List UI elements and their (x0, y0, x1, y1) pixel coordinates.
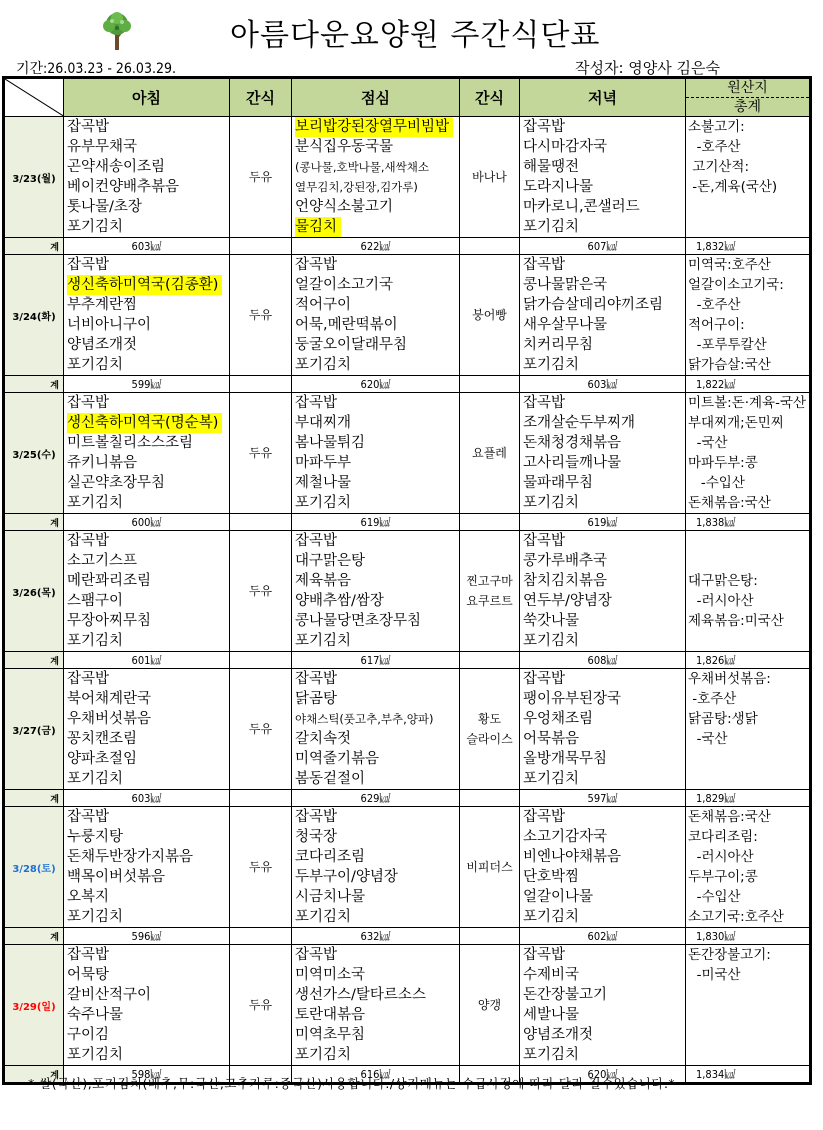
origin-line: 코다리조림: (688, 827, 809, 847)
kcal-breakfast: 603㎉ (64, 238, 230, 255)
dish-item: 포기김치 (523, 1047, 579, 1063)
origin-line (688, 769, 809, 789)
kcal-row: 계603㎉629㎉597㎉1,829㎉ (4, 790, 811, 807)
snack1-cell: 두유 (230, 807, 292, 928)
dish-item: 고사리들깨나물 (523, 455, 621, 471)
dish-item: 생신축하미역국(명순복) (67, 413, 222, 433)
snack2-cell: 요플레 (460, 393, 520, 514)
lunch-cell: 잡곡밥얼갈이소고기국적어구이어묵,메란떡볶이둥굴오이달래무침포기김치 (292, 255, 460, 376)
day-label: 3/23(월) (4, 117, 64, 238)
page-title: 아름다운요양원 주간식단표 (230, 10, 600, 54)
origin-line (688, 197, 809, 217)
origin-cell: 우채버섯볶음: -호주산닭곰탕:생닭 -국산 (686, 669, 811, 790)
origin-line: -포루투칼산 (688, 335, 809, 355)
kcal-total: 1,829㎉ (686, 790, 811, 807)
dish-item: 두부구이/양념장 (295, 869, 398, 885)
dish-item: 잡곡밥 (523, 257, 565, 273)
dish-item: 포기김치 (523, 219, 579, 235)
snack2-cell: 바나나 (460, 117, 520, 238)
kcal-row: 계601㎉617㎉608㎉1,826㎉ (4, 652, 811, 669)
total-label: 계 (4, 238, 64, 255)
dish-item: 우채버섯볶음 (67, 711, 151, 727)
kcal-lunch: 620㎉ (292, 376, 460, 393)
snack-item: 두유 (230, 581, 291, 601)
dish-item: 비엔나야채볶음 (523, 849, 621, 865)
day-label: 3/25(수) (4, 393, 64, 514)
dish-item: 마파두부 (295, 455, 351, 471)
dish-item: 봄동겉절이 (295, 771, 365, 787)
snack2-cell: 황도슬라이스 (460, 669, 520, 790)
column-header-origin: 원산지 (686, 79, 809, 98)
dish-item: 잡곡밥 (67, 947, 109, 963)
dish-item: 부추계란찜 (67, 297, 137, 313)
snack2-cell: 양갱 (460, 945, 520, 1066)
origin-line: 소고기국:호주산 (688, 907, 809, 927)
dish-item: 제육볶음 (295, 573, 351, 589)
dish-item: 톳나물/초장 (67, 199, 142, 215)
kcal-total: 1,838㎉ (686, 514, 811, 531)
day-label: 3/29(일) (4, 945, 64, 1066)
dinner-cell: 잡곡밥조개살순두부찌개돈채청경채볶음고사리들깨나물물파래무침포기김치 (520, 393, 686, 514)
dish-item: 포기김치 (295, 1047, 351, 1063)
snack-item: 바나나 (460, 167, 519, 187)
kcal-snack2 (460, 652, 520, 669)
snack2-cell: 붕어빵 (460, 255, 520, 376)
snack1-cell: 두유 (230, 255, 292, 376)
snack1-cell: 두유 (230, 945, 292, 1066)
dish-item: 다시마감자국 (523, 139, 607, 155)
kcal-snack2 (460, 238, 520, 255)
dish-item: 돈간장불고기 (523, 987, 607, 1003)
dish-item: 잡곡밥 (67, 119, 109, 135)
dish-item: 청국장 (295, 829, 337, 845)
dish-item: 포기김치 (523, 495, 579, 511)
kcal-snack1 (230, 238, 292, 255)
kcal-dinner: 597㎉ (520, 790, 686, 807)
dish-item: 연두부/양념장 (523, 593, 612, 609)
origin-line: -수입산 (688, 887, 809, 907)
total-label: 계 (4, 652, 64, 669)
origin-line: -호주산 (688, 137, 809, 157)
dish-item: (콩나물,호박나물,새싹채소 (295, 160, 429, 174)
kcal-snack2 (460, 790, 520, 807)
dish-item: 생신축하미역국(김종환) (67, 275, 222, 295)
dish-item: 잡곡밥 (523, 809, 565, 825)
day-row: 3/24(화)잡곡밥생신축하미역국(김종환)부추계란찜너비아니구이양념조개젓포기… (4, 255, 811, 376)
dish-item: 새우살무나물 (523, 317, 607, 333)
total-label: 계 (4, 514, 64, 531)
dish-item: 우엉채조림 (523, 711, 593, 727)
kcal-snack1 (230, 790, 292, 807)
tree-icon (100, 12, 134, 52)
dish-item: 쥬키니볶음 (67, 455, 137, 471)
dish-item: 세발나물 (523, 1007, 579, 1023)
day-label: 3/24(화) (4, 255, 64, 376)
dish-item: 포기김치 (523, 633, 579, 649)
origin-cell: 미역국:호주산얼갈이소고기국: -호주산적어구이: -포루투칼산닭가슴살:국산 (686, 255, 811, 376)
dish-item: 소고기스프 (67, 553, 137, 569)
lunch-cell: 잡곡밥대구맑은탕제육볶음양배추쌈/쌈장콩나물당면초장무침포기김치 (292, 531, 460, 652)
dish-item: 야채스틱(풋고추,부추,양파) (295, 712, 433, 726)
dish-item: 잡곡밥 (295, 257, 337, 273)
kcal-breakfast: 600㎉ (64, 514, 230, 531)
origin-line (688, 551, 809, 571)
origin-line: -호주산 (688, 689, 809, 709)
dish-item: 열무김치,강된장,김가루) (295, 180, 418, 194)
dish-item: 포기김치 (67, 909, 123, 925)
snack-item: 황도 (460, 709, 519, 729)
dish-item: 콩나물맑은국 (523, 277, 607, 293)
day-label: 3/28(토) (4, 807, 64, 928)
kcal-row: 계603㎉622㎉607㎉1,832㎉ (4, 238, 811, 255)
lunch-cell: 잡곡밥청국장코다리조림두부구이/양념장시금치나물포기김치 (292, 807, 460, 928)
dish-item: 잡곡밥 (295, 395, 337, 411)
kcal-total: 1,832㎉ (686, 238, 811, 255)
dish-item: 누룽지탕 (67, 829, 123, 845)
day-row: 3/29(일)잡곡밥어묵탕갈비산적구이숙주나물구이김포기김치두유잡곡밥미역미소국… (4, 945, 811, 1066)
dinner-cell: 잡곡밥수제비국돈간장불고기세발나물양념조개젓포기김치 (520, 945, 686, 1066)
snack-item: 두유 (230, 167, 291, 187)
dish-item: 돈채두반장가지볶음 (67, 849, 193, 865)
dish-item: 닭가슴살데리야끼조림 (523, 297, 663, 313)
dish-item: 포기김치 (523, 771, 579, 787)
origin-line (688, 217, 809, 237)
dish-item: 오복지 (67, 889, 109, 905)
dish-item: 포기김치 (295, 357, 351, 373)
period-label: 기간:26.03.23 - 26.03.29. (16, 58, 176, 78)
origin-line: 대구맑은탕: (688, 571, 809, 591)
total-label: 계 (4, 790, 64, 807)
dish-item: 잡곡밥 (67, 533, 109, 549)
dish-item: 콩나물당면초장무침 (295, 613, 421, 629)
origin-line: 부대찌개;돈민찌 (688, 413, 809, 433)
origin-line: -국산 (688, 729, 809, 749)
dish-item: 너비아니구이 (67, 317, 151, 333)
kcal-row: 계599㎉620㎉603㎉1,822㎉ (4, 376, 811, 393)
dish-item: 잡곡밥 (523, 947, 565, 963)
dish-item: 해물땡전 (523, 159, 579, 175)
kcal-lunch: 619㎉ (292, 514, 460, 531)
dish-item: 토란대볶음 (295, 1007, 365, 1023)
kcal-row: 계596㎉632㎉602㎉1,830㎉ (4, 928, 811, 945)
snack2-cell: 비피더스 (460, 807, 520, 928)
origin-line: -러시아산 (688, 847, 809, 867)
dish-item: 단호박찜 (523, 869, 579, 885)
origin-line: 제육볶음:미국산 (688, 611, 809, 631)
snack-item: 두유 (230, 857, 291, 877)
breakfast-cell: 잡곡밥북어채계란국우채버섯볶음꽁치캔조림양파초절임포기김치 (64, 669, 230, 790)
kcal-snack1 (230, 514, 292, 531)
column-header-dinner: 저녁 (520, 78, 686, 117)
origin-line (688, 1025, 809, 1045)
dish-item: 잡곡밥 (67, 257, 109, 273)
dish-item: 부대찌개 (295, 415, 351, 431)
kcal-dinner: 602㎉ (520, 928, 686, 945)
dish-item: 포기김치 (295, 909, 351, 925)
kcal-snack2 (460, 928, 520, 945)
menu-body: 3/23(월)잡곡밥유부무채국곤약새송이조림베이컨양배추볶음톳나물/초장포기김치… (4, 117, 811, 1084)
dish-item: 치커리무침 (523, 337, 593, 353)
origin-line: 마파두부:콩 (688, 453, 809, 473)
dish-item: 포기김치 (67, 633, 123, 649)
origin-line: -러시아산 (688, 591, 809, 611)
day-row: 3/26(목)잡곡밥소고기스프메란꽈리조림스팸구이무장아찌무침포기김치두유잡곡밥… (4, 531, 811, 652)
dish-item: 잡곡밥 (295, 533, 337, 549)
kcal-breakfast: 601㎉ (64, 652, 230, 669)
dish-item: 어묵탕 (67, 967, 109, 983)
dish-item: 소고기감자국 (523, 829, 607, 845)
kcal-dinner: 607㎉ (520, 238, 686, 255)
dish-item: 베이컨양배추볶음 (67, 179, 179, 195)
dish-item: 분식집우동국물 (295, 139, 393, 155)
dish-item: 시금치나물 (295, 889, 365, 905)
column-header-total: 총계 (686, 98, 809, 116)
dish-item: 포기김치 (295, 495, 351, 511)
kcal-row: 계600㎉619㎉619㎉1,838㎉ (4, 514, 811, 531)
origin-line: 미역국:호주산 (688, 255, 809, 275)
origin-line (688, 749, 809, 769)
column-header-breakfast: 아침 (64, 78, 230, 117)
snack-item: 붕어빵 (460, 305, 519, 325)
dish-item: 잡곡밥 (523, 671, 565, 687)
dish-item: 곤약새송이조림 (67, 159, 165, 175)
dish-item: 꽁치캔조림 (67, 731, 137, 747)
column-header-snack1: 간식 (230, 78, 292, 117)
snack-item: 요플레 (460, 443, 519, 463)
origin-line: -국산 (688, 433, 809, 453)
dish-item: 잡곡밥 (295, 809, 337, 825)
dish-item: 유부무채국 (67, 139, 137, 155)
breakfast-cell: 잡곡밥소고기스프메란꽈리조림스팸구이무장아찌무침포기김치 (64, 531, 230, 652)
origin-line: -돈,계육(국산) (688, 177, 809, 197)
kcal-lunch: 622㎉ (292, 238, 460, 255)
dish-item: 도라지나물 (523, 179, 593, 195)
dish-item: 코다리조림 (295, 849, 365, 865)
origin-line: -미국산 (688, 965, 809, 985)
column-header-origin-total: 원산지 총계 (686, 78, 811, 117)
dish-item: 포기김치 (67, 219, 123, 235)
origin-line: 두부구이;콩 (688, 867, 809, 887)
snack1-cell: 두유 (230, 669, 292, 790)
dish-item: 실곤약초장무침 (67, 475, 165, 491)
dish-item: 양념조개젓 (523, 1027, 593, 1043)
kcal-breakfast: 603㎉ (64, 790, 230, 807)
dish-item: 수제비국 (523, 967, 579, 983)
dish-item: 닭곰탕 (295, 691, 337, 707)
title-area: 아름다운요양원 주간식단표 (0, 6, 823, 52)
dinner-cell: 잡곡밥소고기감자국비엔나야채볶음단호박찜얼갈이나물포기김치 (520, 807, 686, 928)
kcal-snack2 (460, 376, 520, 393)
footer-note: * 쌀(국산),포기김치(배추,무:국산,고추가루:중국산)사용합니다./상기메… (28, 1074, 675, 1092)
origin-line: 소불고기: (688, 117, 809, 137)
kcal-total: 1,834㎉ (686, 1066, 811, 1084)
dish-item: 언양식소불고기 (295, 199, 393, 215)
dish-item: 미역줄기볶음 (295, 751, 379, 767)
dish-item: 스팸구이 (67, 593, 123, 609)
dish-item: 조개살순두부찌개 (523, 415, 635, 431)
dish-item: 팽이유부된장국 (523, 691, 621, 707)
snack-item: 찐고구마 (460, 571, 519, 591)
dish-item: 콩가루배추국 (523, 553, 607, 569)
kcal-lunch: 632㎉ (292, 928, 460, 945)
dish-item: 포기김치 (67, 771, 123, 787)
dish-item: 어묵,메란떡볶이 (295, 317, 398, 333)
origin-line: 돈채볶음:국산 (688, 493, 809, 513)
dish-item: 포기김치 (523, 909, 579, 925)
dish-item: 갈비산적구이 (67, 987, 151, 1003)
dish-item: 보리밥강된장열무비빔밥 (295, 117, 453, 137)
snack1-cell: 두유 (230, 117, 292, 238)
dish-item: 양파초절임 (67, 751, 137, 767)
kcal-snack1 (230, 376, 292, 393)
snack-item: 요쿠르트 (460, 591, 519, 611)
weekly-menu-table: 아침 간식 점심 간식 저녁 원산지 총계 3/23(월)잡곡밥유부무채국곤약새… (2, 76, 812, 1085)
dish-item: 구이김 (67, 1027, 109, 1043)
kcal-snack1 (230, 652, 292, 669)
day-label: 3/26(목) (4, 531, 64, 652)
snack-item: 두유 (230, 443, 291, 463)
snack-item: 비피더스 (460, 857, 519, 877)
kcal-total: 1,830㎉ (686, 928, 811, 945)
dish-item: 어묵볶음 (523, 731, 579, 747)
dish-item: 잡곡밥 (523, 395, 565, 411)
dish-item: 포기김치 (67, 495, 123, 511)
corner-diagonal-cell (4, 78, 64, 117)
origin-line: 적어구이: (688, 315, 809, 335)
breakfast-cell: 잡곡밥생신축하미역국(명순복)미트볼칠리소스조림쥬키니볶음실곤약초장무침포기김치 (64, 393, 230, 514)
snack-item: 슬라이스 (460, 729, 519, 749)
day-label: 3/27(금) (4, 669, 64, 790)
dinner-cell: 잡곡밥콩가루배추국참치김치볶음연두부/양념장쑥갓나물포기김치 (520, 531, 686, 652)
dish-item: 미역미소국 (295, 967, 365, 983)
dish-item: 올방개묵무침 (523, 751, 607, 767)
snack1-cell: 두유 (230, 531, 292, 652)
dish-item: 얼갈이나물 (523, 889, 593, 905)
breakfast-cell: 잡곡밥누룽지탕돈채두반장가지볶음백목이버섯볶음오복지포기김치 (64, 807, 230, 928)
dish-item: 둥굴오이달래무침 (295, 337, 407, 353)
dish-item: 북어채계란국 (67, 691, 151, 707)
dinner-cell: 잡곡밥콩나물맑은국닭가슴살데리야끼조림새우살무나물치커리무침포기김치 (520, 255, 686, 376)
lunch-cell: 보리밥강된장열무비빔밥분식집우동국물(콩나물,호박나물,새싹채소열무김치,강된장… (292, 117, 460, 238)
snack-item: 두유 (230, 305, 291, 325)
dish-item: 마카로니,콘샐러드 (523, 199, 640, 215)
dish-item: 잡곡밥 (523, 119, 565, 135)
kcal-lunch: 617㎉ (292, 652, 460, 669)
author-label: 작성자: 영양사 김은숙 (575, 57, 720, 78)
dish-item: 잡곡밥 (523, 533, 565, 549)
breakfast-cell: 잡곡밥유부무채국곤약새송이조림베이컨양배추볶음톳나물/초장포기김치 (64, 117, 230, 238)
snack2-cell: 찐고구마요쿠르트 (460, 531, 520, 652)
dish-item: 잡곡밥 (67, 671, 109, 687)
dish-item: 양배추쌈/쌈장 (295, 593, 384, 609)
snack-item: 두유 (230, 719, 291, 739)
dish-item: 물파래무침 (523, 475, 593, 491)
snack-item: 두유 (230, 995, 291, 1015)
dish-item: 대구맑은탕 (295, 553, 365, 569)
dish-item: 쑥갓나물 (523, 613, 579, 629)
kcal-dinner: 619㎉ (520, 514, 686, 531)
origin-cell: 돈간장불고기: -미국산 (686, 945, 811, 1066)
origin-cell: 소불고기: -호주산 고기산적: -돈,계육(국산) (686, 117, 811, 238)
dish-item: 잡곡밥 (67, 395, 109, 411)
origin-line: 돈간장불고기: (688, 945, 809, 965)
dish-item: 적어구이 (295, 297, 351, 313)
kcal-snack1 (230, 928, 292, 945)
origin-line: 미트볼:돈·계육-국산 (688, 393, 809, 413)
day-row: 3/23(월)잡곡밥유부무채국곤약새송이조림베이컨양배추볶음톳나물/초장포기김치… (4, 117, 811, 238)
dish-item: 숙주나물 (67, 1007, 123, 1023)
origin-cell: 미트볼:돈·계육-국산부대찌개;돈민찌 -국산마파두부:콩 -수입산돈채볶음:국… (686, 393, 811, 514)
dish-item: 포기김치 (523, 357, 579, 373)
dish-item: 미역초무침 (295, 1027, 365, 1043)
dish-item: 제철나물 (295, 475, 351, 491)
dinner-cell: 잡곡밥다시마감자국해물땡전도라지나물마카로니,콘샐러드포기김치 (520, 117, 686, 238)
lunch-cell: 잡곡밥닭곰탕야채스틱(풋고추,부추,양파)갈치속젓미역줄기볶음봄동겉절이 (292, 669, 460, 790)
dish-item: 포기김치 (67, 1047, 123, 1063)
origin-line (688, 1005, 809, 1025)
dish-item: 참치김치볶음 (523, 573, 607, 589)
kcal-breakfast: 596㎉ (64, 928, 230, 945)
dish-item: 생선가스/탈타르소스 (295, 987, 426, 1003)
origin-line: 고기산적: (688, 157, 809, 177)
total-label: 계 (4, 376, 64, 393)
dish-item: 무장아찌무침 (67, 613, 151, 629)
dish-item: 갈치속젓 (295, 731, 351, 747)
origin-line: 얼갈이소고기국: (688, 275, 809, 295)
dish-item: 봄나물튀김 (295, 435, 365, 451)
origin-line: -호주산 (688, 295, 809, 315)
breakfast-cell: 잡곡밥생신축하미역국(김종환)부추계란찜너비아니구이양념조개젓포기김치 (64, 255, 230, 376)
total-label: 계 (4, 928, 64, 945)
dish-item: 포기김치 (295, 633, 351, 649)
dish-item: 백목이버섯볶음 (67, 869, 165, 885)
origin-line: -수입산 (688, 473, 809, 493)
dish-item: 잡곡밥 (295, 947, 337, 963)
dish-item: 잡곡밥 (67, 809, 109, 825)
dish-item: 양념조개젓 (67, 337, 137, 353)
kcal-breakfast: 599㎉ (64, 376, 230, 393)
kcal-total: 1,822㎉ (686, 376, 811, 393)
origin-cell: 돈채볶음:국산코다리조림: -러시아산두부구이;콩 -수입산소고기국:호주산 (686, 807, 811, 928)
dish-item: 메란꽈리조림 (67, 573, 151, 589)
kcal-dinner: 603㎉ (520, 376, 686, 393)
lunch-cell: 잡곡밥부대찌개봄나물튀김마파두부제철나물포기김치 (292, 393, 460, 514)
kcal-snack2 (460, 514, 520, 531)
origin-line (688, 1045, 809, 1065)
day-row: 3/27(금)잡곡밥북어채계란국우채버섯볶음꽁치캔조림양파초절임포기김치두유잡곡… (4, 669, 811, 790)
dish-item: 얼갈이소고기국 (295, 277, 393, 293)
dish-item: 잡곡밥 (295, 671, 337, 687)
day-row: 3/28(토)잡곡밥누룽지탕돈채두반장가지볶음백목이버섯볶음오복지포기김치두유잡… (4, 807, 811, 928)
origin-line: 돈채볶음:국산 (688, 807, 809, 827)
column-header-snack2: 간식 (460, 78, 520, 117)
header-row: 아침 간식 점심 간식 저녁 원산지 총계 (4, 78, 811, 117)
origin-line: 닭가슴살:국산 (688, 355, 809, 375)
dish-item: 물김치 (295, 217, 341, 237)
dinner-cell: 잡곡밥팽이유부된장국우엉채조림어묵볶음올방개묵무침포기김치 (520, 669, 686, 790)
lunch-cell: 잡곡밥미역미소국생선가스/탈타르소스토란대볶음미역초무침포기김치 (292, 945, 460, 1066)
dish-item: 미트볼칠리소스조림 (67, 435, 193, 451)
origin-line (688, 631, 809, 651)
kcal-total: 1,826㎉ (686, 652, 811, 669)
origin-line: 우채버섯볶음: (688, 669, 809, 689)
dish-item: 돈채청경채볶음 (523, 435, 621, 451)
kcal-lunch: 629㎉ (292, 790, 460, 807)
column-header-lunch: 점심 (292, 78, 460, 117)
origin-line: 닭곰탕:생닭 (688, 709, 809, 729)
snack-item: 양갱 (460, 995, 519, 1015)
day-row: 3/25(수)잡곡밥생신축하미역국(명순복)미트볼칠리소스조림쥬키니볶음실곤약초… (4, 393, 811, 514)
